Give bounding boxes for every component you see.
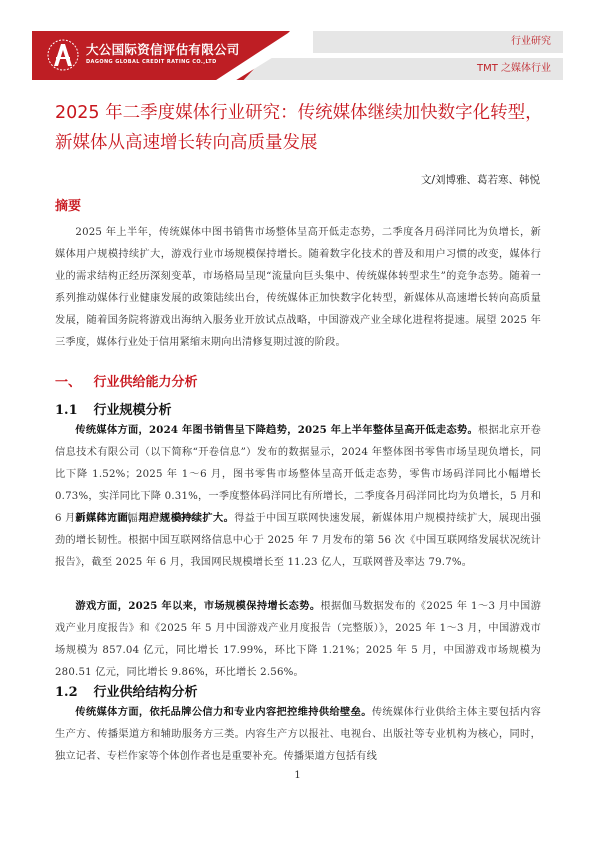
paragraph-new-media: 新媒体方面，用户规模持续扩大。得益于中国互联网快速发展，新媒体用户规模持续扩大，… — [55, 507, 541, 574]
paragraph-lead: 游戏方面，2025 年以来，市场规模保持增长态势。 — [75, 600, 320, 612]
subsection-heading: 1.2 行业供给结构分析 — [55, 681, 198, 700]
paragraph-lead: 传统媒体方面，2024 年图书销售呈下降趋势，2025 年上半年整体呈高开低走态… — [75, 424, 478, 436]
paragraph-lead: 新媒体方面，用户规模持续扩大。 — [75, 512, 234, 524]
authors: 文/刘博雅、葛若寒、韩悦 — [421, 172, 540, 187]
subsection-title: 行业供给结构分析 — [94, 685, 198, 700]
abstract-text: 2025 年上半年，传统媒体中图书销售市场整体呈高开低走态势，二季度各月码洋同比… — [55, 222, 541, 354]
subsection-heading: 1.1 行业规模分析 — [55, 399, 172, 418]
section-number: 一、 — [55, 371, 89, 390]
abstract-heading: 摘要 — [55, 195, 81, 214]
section-title: 行业供给能力分析 — [94, 375, 198, 390]
category-tag: 行业研究 — [313, 31, 563, 53]
subsection-number: 1.2 — [55, 685, 89, 700]
document-title: 2025 年二季度媒体行业研究：传统媒体继续加快数字化转型，新媒体从高速增长转向… — [55, 98, 555, 158]
paragraph-supply-structure: 传统媒体方面，依托品牌公信力和专业内容把控维持供给壁垒。传统媒体行业供给主体主要… — [55, 701, 541, 768]
subsection-number: 1.1 — [55, 403, 89, 418]
paragraph-body: 根据伽马数据发布的《2025 年 1～3 月中国游戏产业月度报告》和《2025 … — [55, 601, 541, 678]
dagong-logo-icon — [46, 38, 80, 72]
company-name-en: DAGONG GLOBAL CREDIT RATING CO.,LTD — [86, 59, 217, 65]
section-heading: 一、 行业供给能力分析 — [55, 371, 198, 390]
document-header: 大公国际资信评估有限公司 DAGONG GLOBAL CREDIT RATING… — [0, 0, 595, 90]
sector-tag: TMT 之媒体行业 — [313, 58, 563, 80]
company-name-cn: 大公国际资信评估有限公司 — [86, 40, 240, 58]
subsection-title: 行业规模分析 — [94, 403, 172, 418]
paragraph-gaming: 游戏方面，2025 年以来，市场规模保持增长态势。根据伽马数据发布的《2025 … — [55, 595, 541, 684]
page-number: 1 — [0, 770, 595, 781]
paragraph-lead: 传统媒体方面，依托品牌公信力和专业内容把控维持供给壁垒。 — [75, 706, 371, 718]
